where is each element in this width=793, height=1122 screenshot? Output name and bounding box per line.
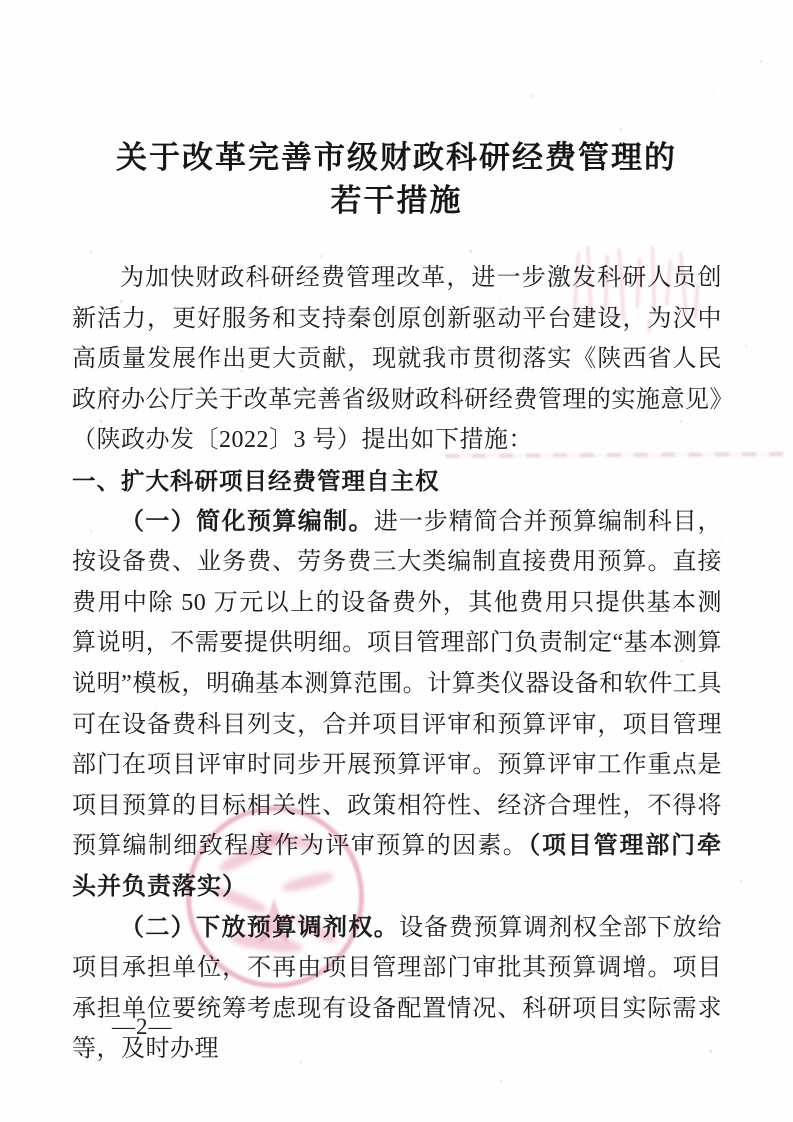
- pink-speckle: [760, 60, 762, 63]
- title-line-2: 若干措施: [331, 183, 463, 218]
- paragraph-text: 进一步精简合并预算编制科目，按设备费、业务费、劳务费三大类编制直接费用预算。直接…: [72, 509, 722, 860]
- paragraph: （二）下放预算调剂权。设备费预算调剂权全部下放给项目承担单位，不再由项目管理部门…: [72, 908, 722, 1070]
- title-line-1: 关于改革完善市级财政科研经费管理的: [116, 140, 677, 175]
- paragraph-lead: （二）下放预算调剂权。: [120, 915, 399, 941]
- pink-speckle: [740, 880, 742, 882]
- page-number: —2—: [112, 1014, 173, 1040]
- pink-speckle: [745, 345, 747, 347]
- document-page: 关于改革完善市级财政科研经费管理的 若干措施 为加快财政科研经费管理改革，进一步…: [0, 0, 793, 1122]
- pink-speckle: [500, 1080, 502, 1082]
- pink-speckle: [620, 128, 622, 131]
- pink-speckle: [90, 250, 92, 253]
- pink-speckle: [530, 95, 532, 97]
- paragraph: 为加快财政科研经费管理改革，进一步激发科研人员创新活力，更好服务和支持秦创原创新…: [72, 258, 722, 461]
- document-title: 关于改革完善市级财政科研经费管理的 若干措施: [0, 136, 793, 222]
- pink-speckle: [470, 250, 472, 253]
- pink-speckle: [712, 90, 714, 92]
- paragraph-lead: （一）简化预算编制。: [120, 509, 374, 535]
- document-body: 为加快财政科研经费管理改革，进一步激发科研人员创新活力，更好服务和支持秦创原创新…: [72, 258, 722, 1070]
- section-heading: 一、扩大科研项目经费管理自主权: [72, 461, 722, 502]
- paragraph: （一）简化预算编制。进一步精简合并预算编制科目，按设备费、业务费、劳务费三大类编…: [72, 502, 722, 908]
- paragraph-text: 为加快财政科研经费管理改革，进一步激发科研人员创新活力，更好服务和支持秦创原创新…: [72, 265, 722, 453]
